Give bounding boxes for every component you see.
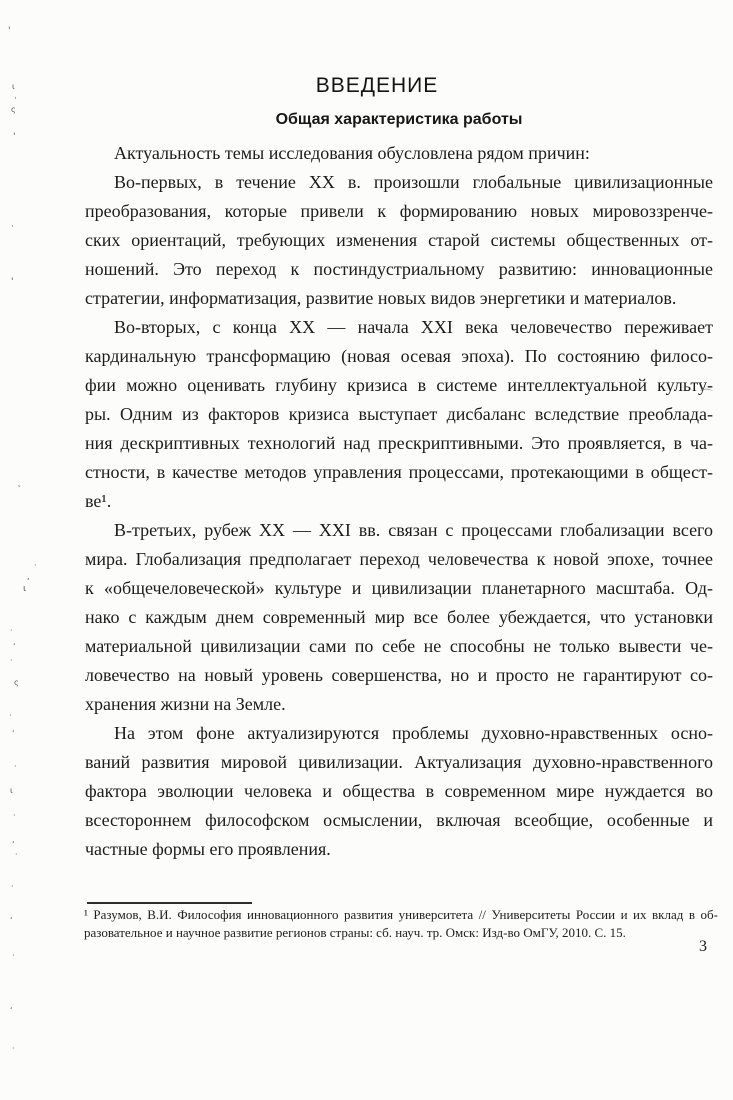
scan-speck: ·: [14, 763, 17, 771]
paragraph-conclusion: На этом фоне актуализируются проблемы ду…: [85, 719, 713, 864]
scan-speck: ,: [27, 573, 30, 581]
scan-speck: ʻ: [10, 1007, 13, 1015]
scan-speck: ·: [11, 223, 14, 232]
footnote-separator: [87, 902, 252, 904]
page-number: 3: [699, 938, 707, 956]
scan-speck: ˛: [17, 479, 22, 488]
scan-speck: ·: [12, 1045, 15, 1053]
text-line: стности, в качестве методов управления п…: [85, 458, 713, 487]
scan-speck: ·: [11, 883, 14, 891]
scan-speck: ς: [11, 106, 16, 114]
text-line: ношений. Это переход к постиндустриально…: [85, 255, 713, 284]
scan-speck: ι: [10, 787, 13, 795]
page-header: ВВЕДЕНИЕ Общая характеристика работы: [85, 74, 713, 129]
text-line: материальной цивилизации сами по себе не…: [85, 632, 713, 661]
text-line: ве¹.: [85, 487, 713, 516]
text-line: Во-вторых, с конца XX — начала XXI века …: [85, 313, 713, 342]
scan-speck: ʻ: [10, 917, 13, 925]
footnote: ¹ Разумов, В.И. Философия инновационного…: [84, 906, 718, 941]
scan-speck: ι: [23, 585, 26, 594]
scan-speck: ·: [15, 851, 18, 859]
scan-speck: ι: [12, 83, 15, 91]
text-line: На этом фоне актуализируются проблемы ду…: [85, 719, 713, 748]
scan-speck: ·: [13, 812, 16, 820]
text-line: ния дескриптивных технологий над прескри…: [85, 429, 713, 458]
scan-speck: ʻ: [12, 730, 15, 738]
scan-speck: ·: [10, 657, 13, 665]
document-page: ВВЕДЕНИЕ Общая характеристика работы Акт…: [0, 0, 733, 1100]
scan-speck: ʻ: [12, 841, 15, 849]
text-line: ¹ Разумов, В.И. Философия инновационного…: [84, 906, 718, 924]
text-line: ских ориентаций, требующих изменения ста…: [85, 226, 713, 255]
paragraph-second: Во-вторых, с конца XX — начала XXI века …: [85, 313, 713, 516]
text-line: частные формы его проявления.: [85, 835, 713, 864]
text-line: всестороннем философском осмыслении, вкл…: [85, 806, 713, 835]
scan-speck: ʻ: [13, 643, 16, 651]
text-line: ловечество на новый уровень совершенства…: [85, 661, 713, 690]
scan-speck: ς: [14, 679, 19, 687]
text-line: ры. Одним из факторов кризиса выступает …: [85, 400, 713, 429]
text-line: фактора эволюции человека и общества в с…: [85, 777, 713, 806]
text-line: нако с каждым днем современный мир все б…: [85, 603, 713, 632]
body-text: Актуальность темы исследования обусловле…: [85, 139, 713, 864]
text-line: Актуальность темы исследования обусловле…: [85, 139, 713, 168]
scan-speck: ·: [9, 712, 12, 720]
text-line: кардинальную трансформацию (новая осевая…: [85, 342, 713, 371]
paragraph-third: В-третьих, рубеж XX — XXI вв. связан с п…: [85, 516, 713, 719]
scan-speck: ·: [34, 562, 37, 570]
text-line: хранения жизни на Земле.: [85, 690, 713, 719]
scan-speck: ·: [14, 95, 17, 104]
section-subtitle: Общая характеристика работы: [85, 111, 713, 129]
text-line: мира. Глобализация предполагает переход …: [85, 545, 713, 574]
paragraph-first: Во-первых, в течение XX в. произошли гло…: [85, 168, 713, 313]
scan-speck: ': [8, 27, 10, 36]
chapter-title: ВВЕДЕНИЕ: [63, 74, 691, 98]
text-line: фии можно оценивать глубину кризиса в си…: [85, 371, 713, 400]
scan-speck: ': [11, 278, 13, 287]
scan-speck: ': [13, 133, 15, 142]
scan-speck: ·: [12, 952, 15, 960]
paragraph-intro: Актуальность темы исследования обусловле…: [85, 139, 713, 168]
text-line: разовательное и научное развитие регионо…: [84, 924, 718, 942]
text-line: Во-первых, в течение XX в. произошли гло…: [85, 168, 713, 197]
text-line: преобразования, которые привели к формир…: [85, 197, 713, 226]
text-line: к «общечеловеческой» культуре и цивилиза…: [85, 574, 713, 603]
text-line: ваний развития мировой цивилизации. Акту…: [85, 748, 713, 777]
text-line: стратегии, информатизация, развитие новы…: [85, 284, 713, 313]
text-line: В-третьих, рубеж XX — XXI вв. связан с п…: [85, 516, 713, 545]
scan-speck: ·: [10, 627, 13, 635]
